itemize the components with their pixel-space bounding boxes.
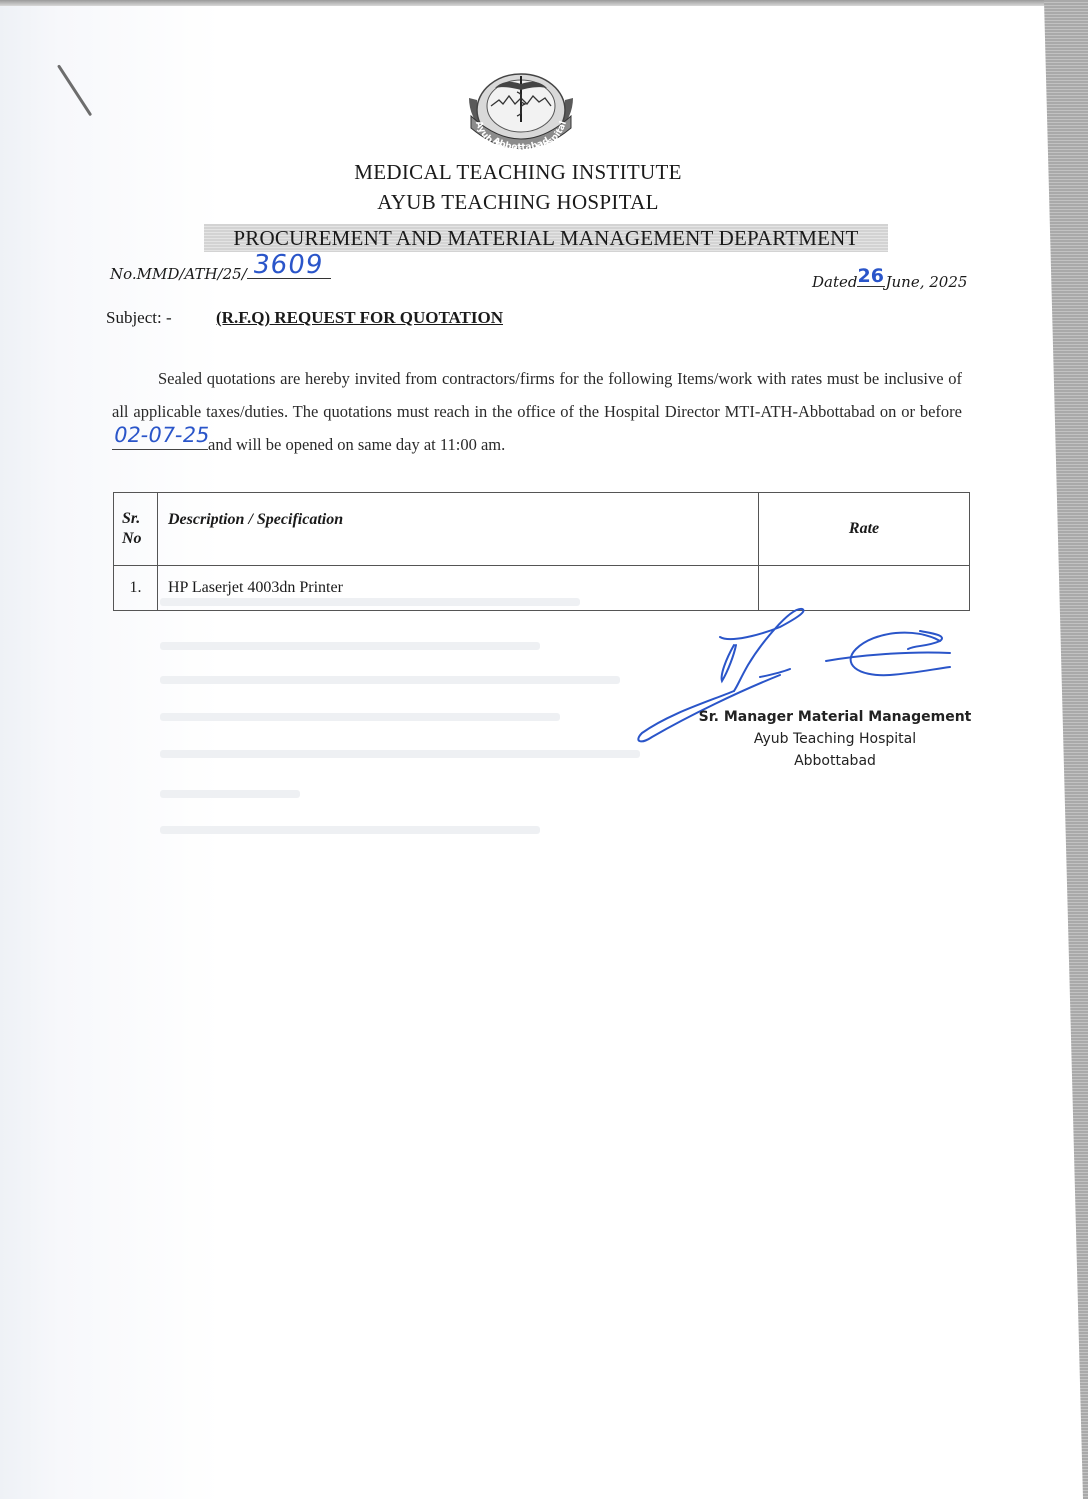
handwritten-deadline: 02-07-25 [111, 419, 212, 452]
column-header-sr-no: Sr.No [114, 493, 158, 566]
department-name: PROCUREMENT AND MATERIAL MANAGEMENT DEPA… [204, 224, 888, 252]
cell-sr-no: 1. [114, 566, 158, 611]
signatory-title: Sr. Manager Material Management [690, 706, 980, 728]
deadline-field: 02-07-25 [112, 435, 208, 450]
reference-prefix: No.MMD/ATH/25/ [110, 265, 247, 283]
bleed-through-line [160, 826, 540, 834]
handwritten-day: 26 [857, 265, 883, 287]
date-day-field: 26 [857, 274, 885, 287]
handwritten-reference-number: 3609 [251, 250, 325, 280]
subject-label: Subject: - [106, 308, 172, 328]
document-date: Dated26June, 2025 [812, 273, 967, 291]
signatory-city: Abbottabad [690, 750, 980, 772]
table-row: 1. HP Laserjet 4003dn Printer [114, 566, 970, 611]
invitation-paragraph: Sealed quotations are hereby invited fro… [112, 362, 962, 461]
cell-description: HP Laserjet 4003dn Printer [158, 566, 759, 611]
date-prefix: Dated [812, 273, 857, 291]
bleed-through-line [160, 790, 300, 798]
bleed-through-line [160, 713, 560, 721]
date-suffix: June, 2025 [885, 273, 967, 291]
hospital-name: AYUB TEACHING HOSPITAL [0, 190, 1088, 215]
signatory-organization: Ayub Teaching Hospital [690, 728, 980, 750]
hospital-logo: Ayub Teaching Hospital Abbottabad [461, 70, 581, 160]
items-table: Sr.No Description / Specification Rate 1… [113, 492, 970, 611]
institute-name: MEDICAL TEACHING INSTITUTE [0, 160, 1088, 185]
bleed-through-line [160, 750, 640, 758]
bleed-through-line [160, 676, 620, 684]
column-header-description: Description / Specification [158, 493, 759, 566]
subject-text: (R.F.Q) REQUEST FOR QUOTATION [216, 308, 503, 328]
bleed-through-line [160, 642, 540, 650]
paragraph-text-2: and will be opened on same day at 11:00 … [208, 435, 505, 454]
reference-number-field: 3609 [247, 264, 331, 279]
cell-rate [759, 566, 970, 611]
column-header-rate: Rate [759, 493, 970, 566]
signatory-block: Sr. Manager Material Management Ayub Tea… [690, 706, 980, 772]
reference-number: No.MMD/ATH/25/3609 [110, 264, 331, 283]
table-header-row: Sr.No Description / Specification Rate [114, 493, 970, 566]
scanner-top-edge [0, 0, 1088, 6]
paragraph-text-1: Sealed quotations are hereby invited fro… [112, 369, 962, 421]
